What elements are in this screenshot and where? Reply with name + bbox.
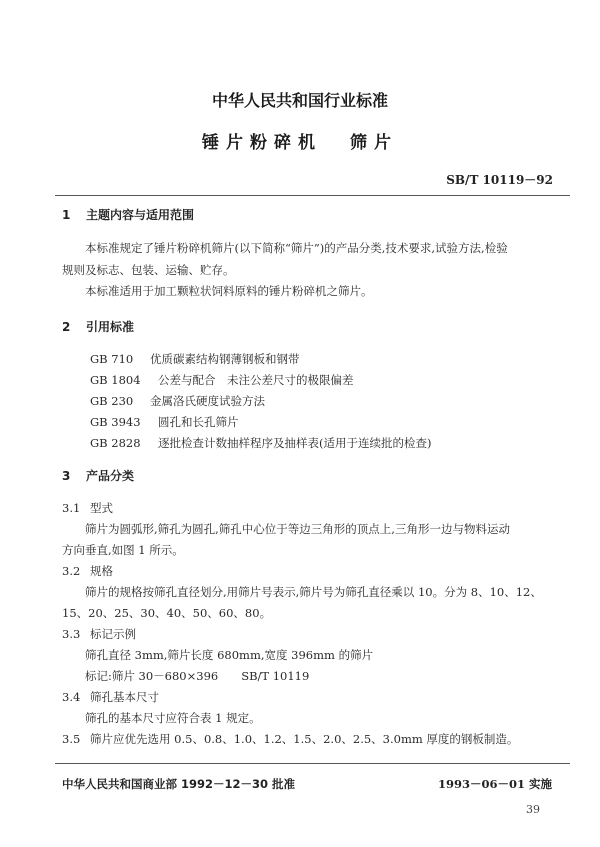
subsection-3-5: 3.5筛片应优先选用 0.5、0.8、1.0、1.2、1.5、2.0、2.5、3… [62, 731, 518, 747]
subsection-3-2-line1: 筛片的规格按筛孔直径划分,用筛片号表示,筛片号为筛孔直径乘以 10。分为 8、1… [85, 584, 542, 600]
subsection-3-3-line2: 标记:筛片 30－680×396 SB/T 10119 [85, 668, 309, 684]
document-title-sub: 筛片 [350, 133, 398, 153]
document-title-main: 锤片粉碎机 [202, 133, 322, 153]
reference-item: GB 230金属洛氏硬度试验方法 [90, 393, 265, 409]
reference-item: GB 3943圆孔和长孔筛片 [90, 414, 239, 430]
section-1-para1-line2: 规则及标志、包装、运输、贮存。 [62, 262, 235, 278]
approval-info: 中华人民共和国商业部 1992－12－30 批准 [62, 776, 295, 792]
footer-divider [55, 763, 570, 764]
header-divider [55, 195, 570, 196]
subsection-3-3-line1: 筛孔直径 3mm,筛片长度 680mm,宽度 396mm 的筛片 [85, 647, 373, 663]
subsection-3-1-heading: 3.1型式 [62, 500, 113, 516]
subsection-3-4-line1: 筛孔的基本尺寸应符合表 1 规定。 [85, 710, 261, 726]
reference-item: GB 1804公差与配合 未注公差尺寸的极限偏差 [90, 372, 354, 388]
subsection-3-2-line2: 15、20、25、30、40、50、60、80。 [62, 605, 271, 621]
section-1-heading: 1主题内容与适用范围 [62, 206, 194, 223]
subsection-3-1-line2: 方向垂直,如图 1 所示。 [62, 542, 184, 558]
subsection-3-4-heading: 3.4筛孔基本尺寸 [62, 689, 159, 705]
section-3-heading: 3产品分类 [62, 467, 134, 484]
org-title: 中华人民共和国行业标准 [0, 88, 600, 111]
section-1-para2: 本标准适用于加工颗粒状饲料原料的锤片粉碎机之筛片。 [85, 283, 373, 299]
reference-item: GB 710优质碳素结构钢薄钢板和钢带 [90, 351, 300, 367]
document-title: 锤片粉碎机筛片 [0, 128, 600, 153]
standard-code: SB/T 10119－92 [446, 171, 553, 188]
page-number: 39 [526, 803, 540, 816]
section-2-heading: 2引用标准 [62, 318, 134, 335]
subsection-3-3-heading: 3.3标记示例 [62, 626, 136, 642]
effective-date: 1993－06－01 实施 [438, 776, 552, 792]
subsection-3-1-line1: 筛片为圆弧形,筛孔为圆孔,筛孔中心位于等边三角形的顶点上,三角形一边与物料运动 [85, 521, 510, 537]
reference-item: GB 2828逐批检查计数抽样程序及抽样表(适用于连续批的检查) [90, 435, 431, 451]
section-1-para1-line1: 本标准规定了锤片粉碎机筛片(以下简称“筛片”)的产品分类,技术要求,试验方法,检… [85, 240, 508, 256]
subsection-3-2-heading: 3.2规格 [62, 563, 113, 579]
